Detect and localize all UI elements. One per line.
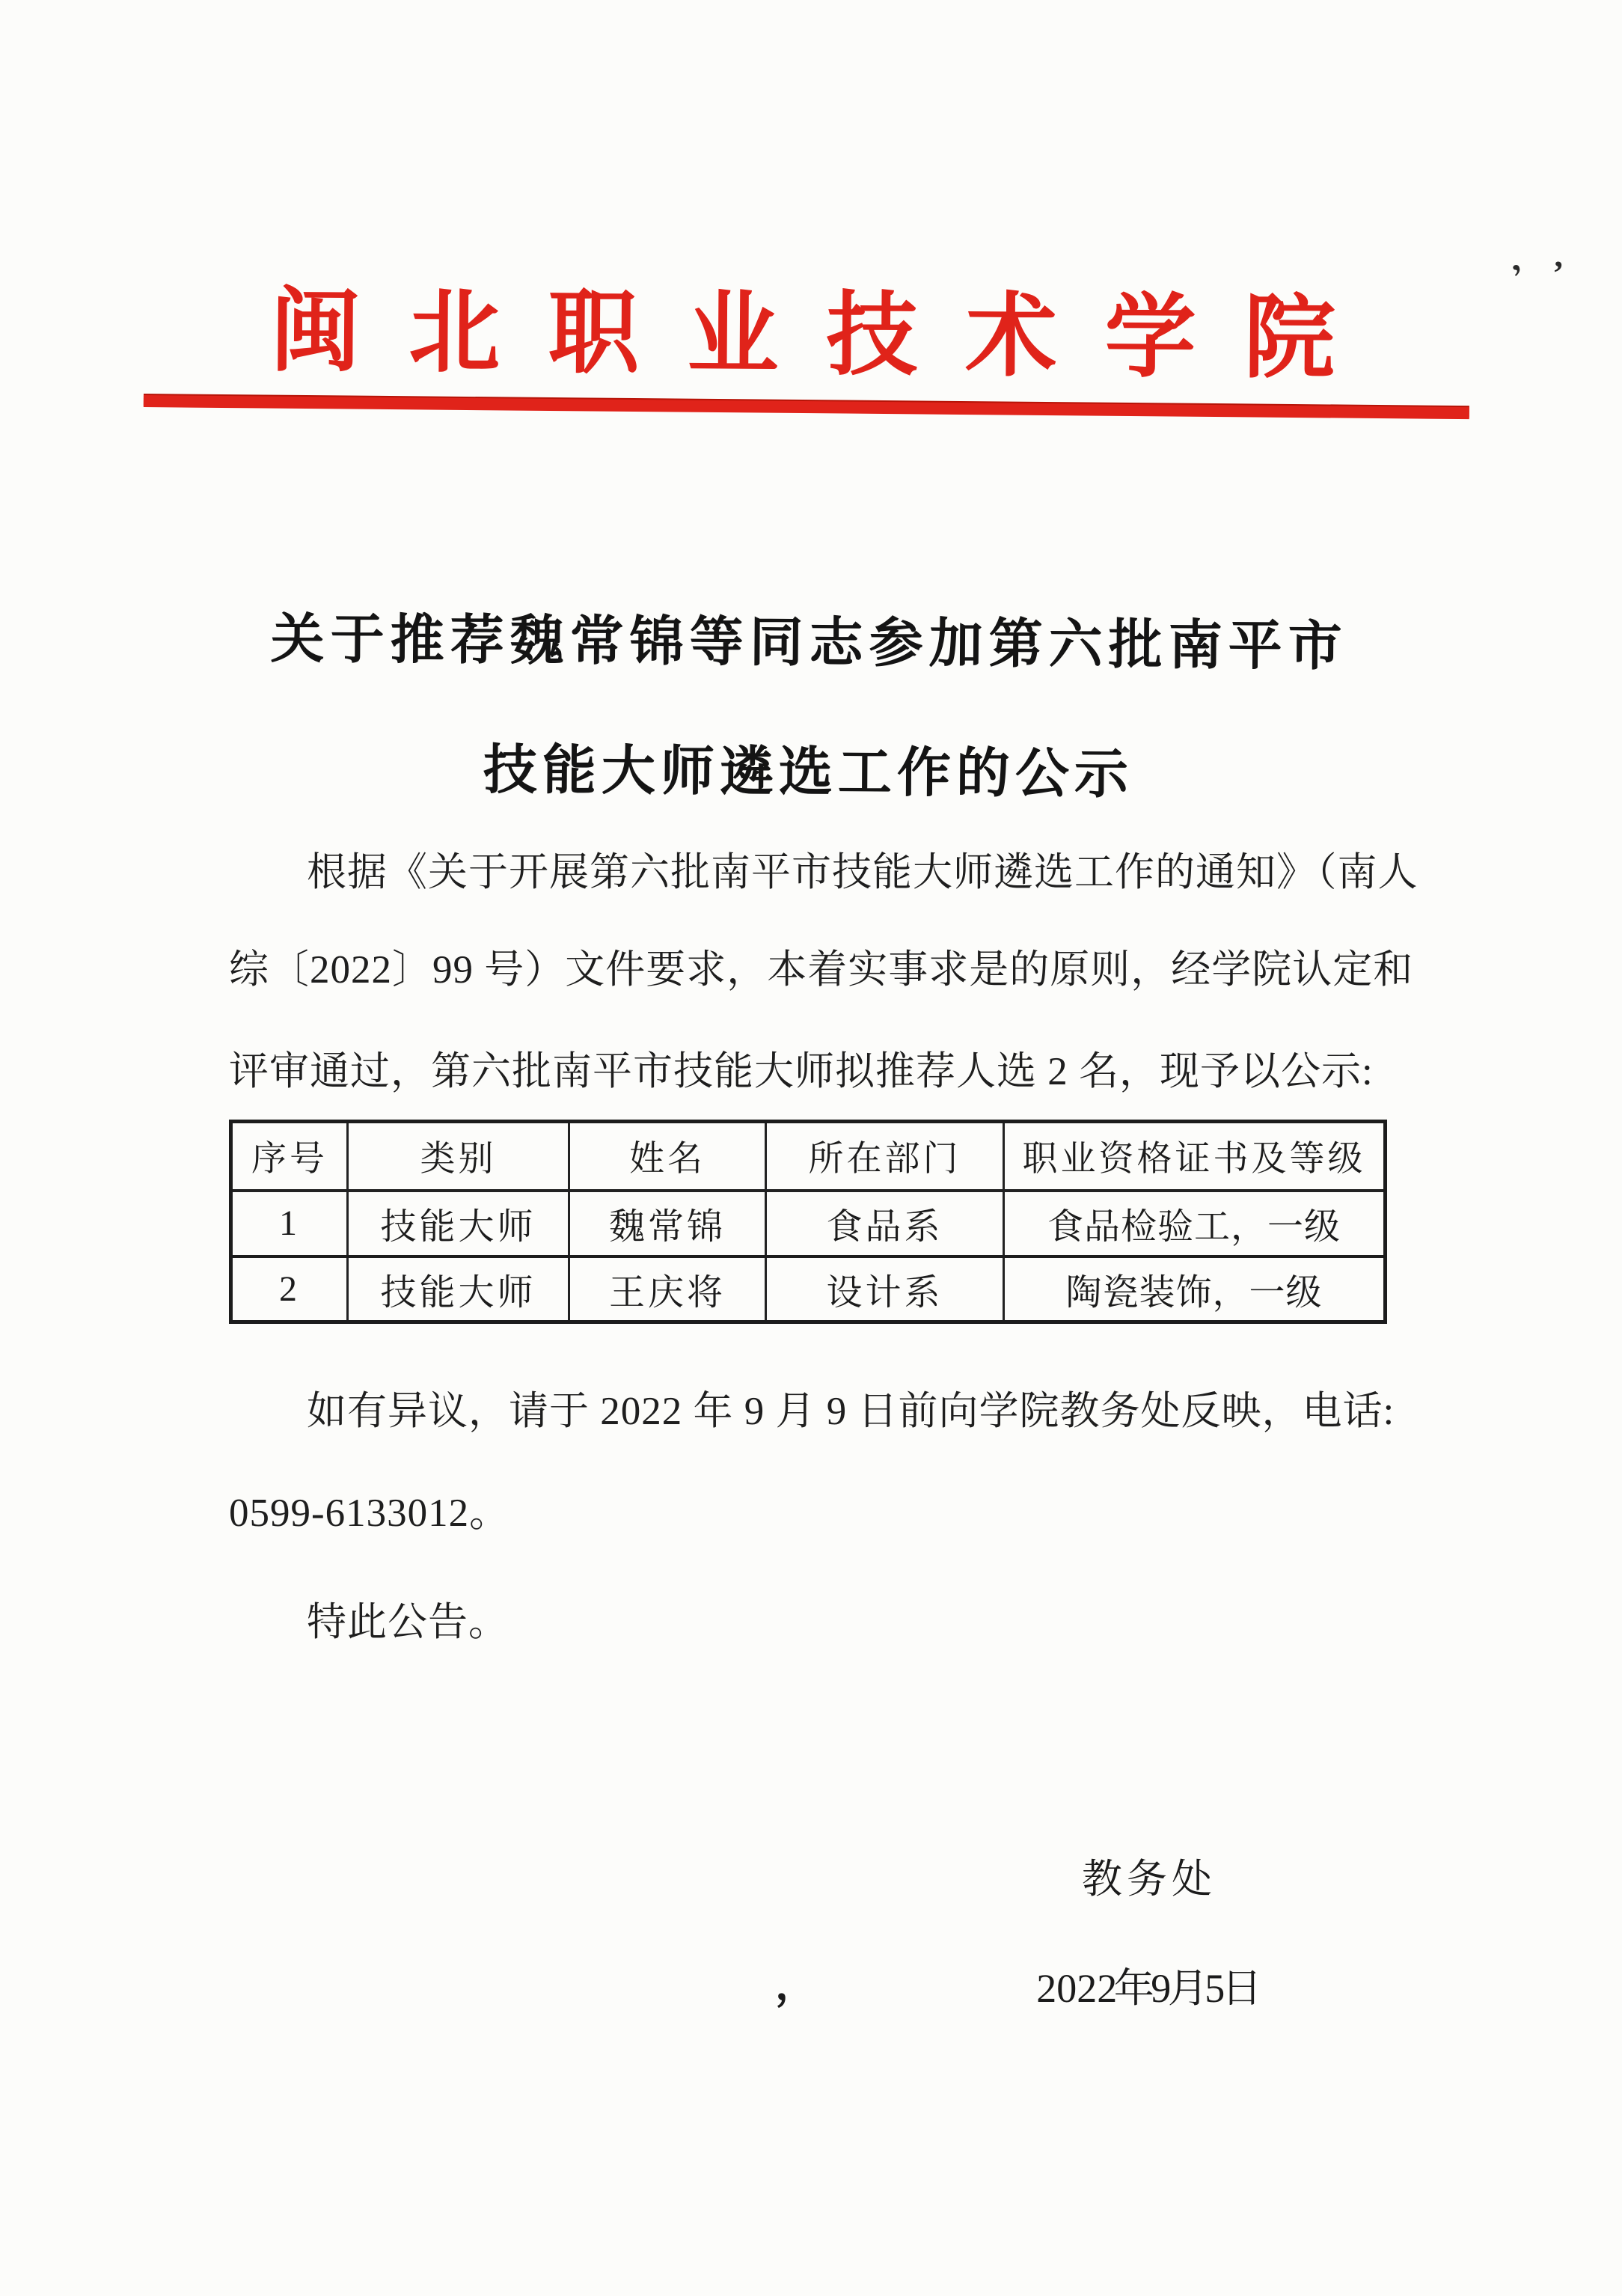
- stray-comma-mark: ，: [775, 1952, 817, 2012]
- recommendation-table: 序号 类别 姓名 所在部门 职业资格证书及等级 1 技能大师 魏常锦 食品系 食…: [229, 1120, 1387, 1324]
- document-page: 闽北职业技术学院 ’ ’ 关于推荐魏常锦等同志参加第六批南平市 技能大师遴选工作…: [0, 0, 1622, 2296]
- letterhead: 闽北职业技术学院 ’ ’ 关于推荐魏常锦等同志参加第六批南平市 技能大师遴选工作…: [0, 0, 1622, 833]
- cell-seq: 2: [231, 1257, 348, 1322]
- table-row: 2 技能大师 王庆将 设计系 陶瓷装饰，一级: [231, 1257, 1386, 1322]
- cell-name: 魏常锦: [569, 1191, 766, 1257]
- col-header-seq: 序号: [231, 1122, 348, 1191]
- college-name: 闽北职业技术学院: [0, 256, 1622, 398]
- cell-certificate: 陶瓷装饰，一级: [1004, 1257, 1386, 1322]
- cell-name: 王庆将: [569, 1257, 766, 1322]
- cell-seq: 1: [231, 1191, 348, 1257]
- cell-department: 设计系: [766, 1257, 1004, 1322]
- table-header-row: 序号 类别 姓名 所在部门 职业资格证书及等级: [231, 1122, 1386, 1191]
- paragraph-1-line-3: 评审通过，第六批南平市技能大师拟推荐人选 2 名，现予以公示:: [229, 1049, 1401, 1094]
- col-header-department: 所在部门: [766, 1122, 1004, 1191]
- notice-title-line-1: 关于推荐魏常锦等同志参加第六批南平市: [0, 593, 1621, 683]
- cell-certificate: 食品检验工，一级: [1004, 1191, 1386, 1257]
- paragraph-1-line-1: 根据《关于开展第六批南平市技能大师遴选工作的通知》（南人: [229, 850, 1401, 895]
- paragraph-2-line-2: 0599-6133012。: [229, 1491, 1401, 1536]
- issuing-department: 教务处: [1012, 1847, 1287, 1905]
- paragraph-1-line-2: 综〔2022〕99 号）文件要求，本着实事求是的原则，经学院认定和: [229, 947, 1401, 992]
- cell-category: 技能大师: [348, 1191, 569, 1257]
- notice-title-line-2: 技能大师遴选工作的公示: [0, 723, 1620, 812]
- table-row: 1 技能大师 魏常锦 食品系 食品检验工，一级: [231, 1191, 1386, 1257]
- closing-statement: 特此公告。: [229, 1600, 1401, 1645]
- issue-date: 2022 年 9 月 5 日: [922, 1956, 1377, 2014]
- cell-department: 食品系: [766, 1191, 1004, 1257]
- col-header-certificate: 职业资格证书及等级: [1004, 1122, 1386, 1191]
- letterhead-divider-line: [144, 395, 1469, 419]
- paragraph-2-line-1: 如有异议，请于 2022 年 9 月 9 日前向学院教务处反映，电话:: [229, 1389, 1401, 1434]
- col-header-name: 姓名: [569, 1122, 766, 1191]
- stray-ink-mark-2: ’: [1552, 253, 1564, 293]
- col-header-category: 类别: [348, 1122, 569, 1191]
- cell-category: 技能大师: [348, 1257, 569, 1322]
